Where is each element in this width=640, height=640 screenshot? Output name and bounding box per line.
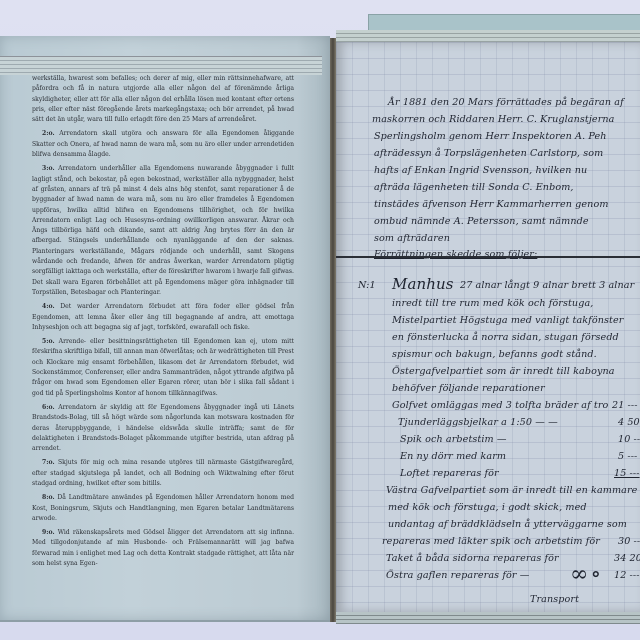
entry-line-1: inredt till tre rum med kök och förstuga… [392,298,593,309]
entry-heading-rest: 27 alnar långt 9 alnar brett 3 alnar [460,280,634,291]
page-edge-stack-bottom [336,612,640,624]
paragraph-text: Arrendatorn är skyldig att för Egendomen… [32,404,294,452]
repair-amount-2: 4 50 [618,417,640,428]
clause-number: 2:o. [42,130,55,137]
repair2-amount-1: 30 --- [618,536,640,547]
horizontal-rule [336,256,640,258]
entry-heading: Manhus [392,275,454,293]
paragraph-text: Det warder Arrendatorn förbudet att föra… [32,303,294,331]
paragraph-text: Wid räkenskapsårets med Gödsel åligger d… [32,529,294,567]
left-printed-page: werkställa, hwarest som befalles; och de… [0,36,330,622]
paragraph-text: werkställa, hwarest som befalles; och de… [32,75,294,123]
repair-item-3: Spik och arbetstim — [400,434,507,445]
clause-number: 3:o. [42,165,55,172]
repair2-item-2: Taket å båda sidorna repareras för [386,553,559,564]
intro-line-10: Förrättningen skedde som följer: [374,249,537,260]
intro-line-3: Sperlingsholm genom Herr Inspektoren A. … [374,131,607,142]
paragraph-2: 2:o. Arrendatorn skall utgöra och answar… [32,129,294,160]
repair2-item-1: repareras med läkter spik och arbetstim … [382,536,600,547]
repair-amount-5: 15 --- [614,468,640,479]
paragraph-text: Då Landtmätare anwändes på Egendomen hål… [32,494,294,522]
intro-line-1: År 1881 den 20 Mars förrättades på begär… [388,97,624,108]
paragraph-3: 3:o. Arrendatorn underhåller alla Egendo… [32,164,294,298]
entry-line-5: Östergafvelpartiet som är inredt till ka… [392,366,615,377]
paragraph-7: 7:o. Skjuts för mig och mina resande utg… [32,458,294,489]
intro-line-8: ombud nämnde A. Petersson, samt nämnde [374,216,589,227]
entry-number: N:1 [358,280,376,291]
page-edge-stack [0,56,322,75]
intro-line-9: som afträdaren [374,233,450,244]
intro-line-5: hafts af Enkan Ingrid Svensson, hvilken … [374,165,587,176]
intro-line-4: afträdessyn å Torpslägenheten Carlstorp,… [374,148,603,159]
paragraph-9: 9:o. Wid räkenskapsårets med Gödsel ålig… [32,528,294,569]
paragraph-text: Arrende- eller besittningsrättigheten ti… [32,338,294,396]
paragraph-text: Arrendatorn underhåller alla Egendomens … [32,165,294,296]
entry2-line-1: Västra Gafvelpartiet som är inredt till … [386,485,637,496]
repair2-amount-3: 12 --- [614,570,640,581]
clause-number: 8:o. [42,494,55,501]
entry2-line-3: undantag af bräddklädseln å ytterväggarn… [388,519,627,530]
transport-label: Transport [530,594,579,605]
clause-number: 7:o. [42,459,55,466]
intro-line-7: tinstädes äfvenson Herr Kammarherren gen… [374,199,609,210]
clause-number: 5:o. [42,338,55,345]
paragraph-8: 8:o. Då Landtmätare anwändes på Egendome… [32,493,294,524]
repair2-amount-2: 34 20 [614,553,640,564]
entry-line-6: behöfver följande reparationer [392,383,545,394]
repair-item-2: Tjunderläggsbjelkar a 1:50 — — [398,417,558,428]
clause-number: 4:o. [42,303,55,310]
paragraph-6: 6:o. Arrendatorn är skyldig att för Egen… [32,403,294,454]
clause-number: 9:o. [42,529,55,536]
repair2-item-3: Östra gaflen repareras för — [386,570,529,581]
intro-line-6: afträda lägenheten till Sonda C. Enbom, [374,182,574,193]
printed-contract-text: werkställa, hwarest som befalles; och de… [32,74,294,573]
flourish-mark: ∞∘ [570,562,603,587]
repair-item-4: En ny dörr med karm [400,451,506,462]
entry2-line-2: med kök och förstuga, i godt skick, med [388,502,587,513]
intro-line-2: maskorren och Riddaren Herr. C. Kruglans… [372,114,614,125]
paragraph-1: werkställa, hwarest som befalles; och de… [32,74,294,125]
repair-amount-4: 5 --- [618,451,637,462]
clause-number: 6:o. [42,404,55,411]
repair-amount-3: 10 --- [618,434,640,445]
repair-amount-1: 21 --- [612,400,638,411]
paragraph-5: 5:o. Arrende- eller besittningsrättighet… [32,337,294,399]
entry-line-3: en fönsterlucka å norra sidan, stugan fö… [392,332,619,343]
entry-line-2: Mistelpartiet Högstuga med vanligt takfö… [392,315,623,326]
entry-line-4: spismur och bakugn, befanns godt stånd. [392,349,597,360]
repair-item-1: Golfvet omläggas med 3 tolfta bräder af … [392,400,608,411]
paragraph-text: Skjuts för mig och mina resande utgöres … [32,459,294,487]
repair-item-5: Loftet repareras för [400,468,499,479]
paragraph-text: Arrendatorn skall utgöra och answara för… [32,130,294,158]
paragraph-4: 4:o. Det warder Arrendatorn förbudet att… [32,302,294,333]
